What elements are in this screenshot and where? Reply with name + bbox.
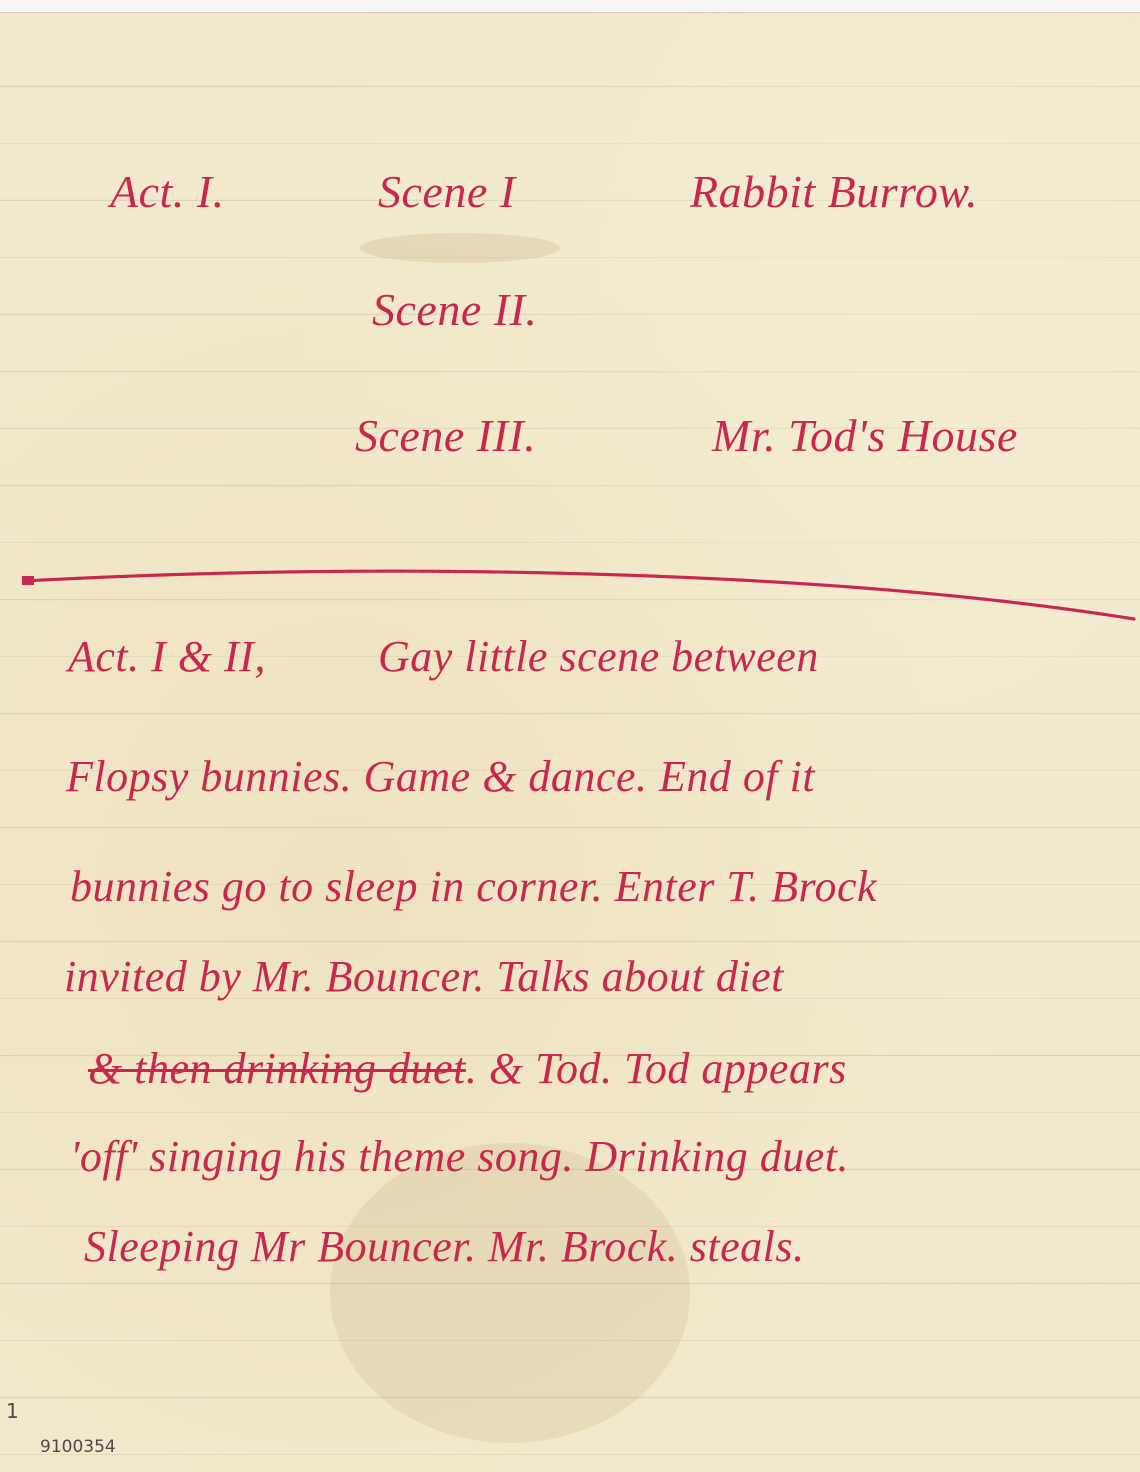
ink-smudge bbox=[360, 233, 560, 263]
catalogue-number: 9100354 bbox=[40, 1437, 116, 1457]
manuscript-page: Act. I. Scene I Rabbit Burrow. Scene II.… bbox=[0, 12, 1140, 1471]
notes-line-5: & then drinking duet. & Tod. Tod appears bbox=[88, 1043, 847, 1094]
scene-one-label: Scene I bbox=[378, 165, 516, 218]
scene-two-label: Scene II. bbox=[372, 283, 537, 336]
notes-heading: Act. I & II, bbox=[68, 631, 266, 682]
notes-line-1: Gay little scene between bbox=[378, 631, 819, 682]
notes-line-5-text: . & Tod. Tod appears bbox=[466, 1044, 847, 1093]
scene-three-label: Scene III. bbox=[355, 409, 536, 462]
scene-one-location: Rabbit Burrow. bbox=[690, 165, 978, 218]
struck-through-text: & then drinking duet bbox=[88, 1044, 466, 1093]
margin-mark: 1 bbox=[6, 1399, 19, 1423]
divider-line bbox=[22, 567, 1137, 627]
notes-line-4: invited by Mr. Bouncer. Talks about diet bbox=[64, 951, 784, 1002]
notes-line-7: Sleeping Mr Bouncer. Mr. Brock. steals. bbox=[84, 1221, 805, 1272]
scene-three-location: Mr. Tod's House bbox=[712, 409, 1018, 462]
water-stain bbox=[330, 1143, 690, 1443]
notes-line-3: bunnies go to sleep in corner. Enter T. … bbox=[70, 861, 877, 912]
notes-line-6: 'off' singing his theme song. Drinking d… bbox=[70, 1131, 849, 1182]
act-one-label: Act. I. bbox=[110, 165, 225, 218]
notes-line-2: Flopsy bunnies. Game & dance. End of it bbox=[66, 751, 815, 802]
